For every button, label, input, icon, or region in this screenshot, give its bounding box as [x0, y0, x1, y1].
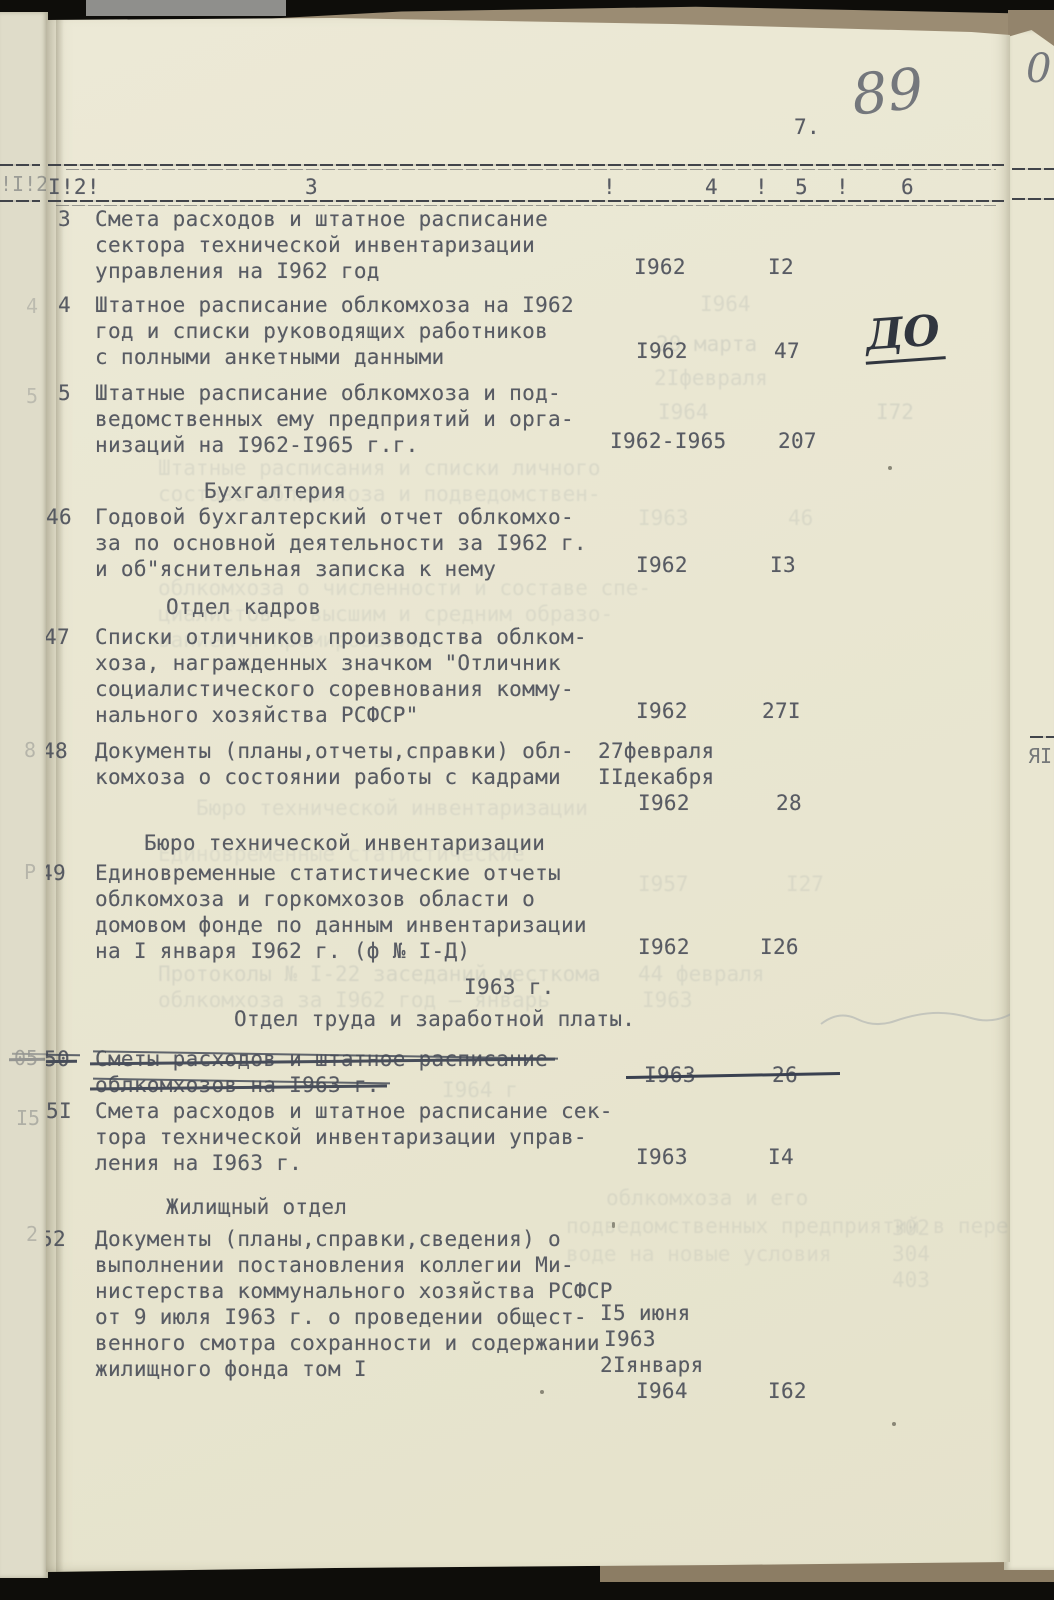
bleed-through-text: 2Iфевраля — [654, 366, 768, 390]
entry-number: 46 — [46, 504, 72, 530]
bleed-through-text: I27 — [786, 872, 824, 896]
entry-description-line: венного смотра сохранности и содержании — [95, 1330, 600, 1356]
entry-date: I962 — [638, 934, 690, 960]
bleed-through-text: подведомственных предприятий в пере- — [566, 1214, 1021, 1238]
entry-description-line: Штатное расписание облкомхоза на I962 — [95, 292, 574, 318]
adjacent-page-number-fragment: I5 — [16, 1106, 40, 1130]
entry-description-line: облкомхоза и горкомхозов области о — [95, 886, 535, 912]
entry-description-line: Смета расходов и штатное расписание сек- — [95, 1098, 613, 1124]
adjacent-page-number-fragment: 8 — [24, 738, 36, 762]
page-number: 7. — [794, 114, 820, 140]
bleed-through-text: циалистов с высшим и средним образо- — [158, 602, 613, 626]
entry-number: 5 — [58, 380, 71, 406]
scanned-archive-page: { "page": { "folio_handwritten": "89", "… — [0, 0, 1054, 1600]
paper-speck — [892, 1422, 896, 1426]
bleed-through-text: 304 — [892, 1242, 930, 1266]
entry-description-line: хоза, награжденных значком "Отличник — [95, 650, 561, 676]
entry-description-line: с полными анкетными данными — [95, 344, 444, 370]
entry-number: 3 — [58, 206, 71, 232]
bleed-through-text: I963 — [638, 506, 689, 530]
ruled-line-fragment — [0, 200, 40, 202]
entry-quantity: 28 — [776, 790, 802, 816]
entry-description-line: тора технической инвентаризации управ- — [95, 1124, 587, 1150]
ink-mark — [612, 1222, 615, 1228]
entry-date: I964 — [636, 1378, 688, 1404]
bleed-through-text: I957 — [638, 872, 689, 896]
underlying-page-left-edge: !I!2 4 5 8 Р 05 I5 2 — [0, 12, 48, 1578]
entry-description-line: на I января I962 г. (ф № I-Д) — [95, 938, 470, 964]
paper-speck — [888, 466, 892, 470]
page-fold-crease — [56, 16, 64, 1576]
bleed-through-text: I72 — [876, 400, 914, 424]
entry-description-line-struck: облкомхозов на I963 г. — [95, 1072, 380, 1098]
column-separator: ! — [836, 174, 849, 200]
entry-quantity: I62 — [768, 1378, 807, 1404]
entry-description-line: низаций на I962-I965 г.г. — [95, 432, 419, 458]
entry-description-line: год и списки руководящих работников — [95, 318, 548, 344]
entry-description-line: от 9 июля I963 г. о проведении общест- — [95, 1304, 587, 1330]
column-header-3: 3 — [305, 174, 318, 200]
bleed-through-text: I963 — [642, 988, 693, 1012]
entry-number: 47 — [44, 624, 70, 650]
bleed-through-text: Единовременные статистические — [158, 842, 525, 866]
bleed-through-text: облкомхоза за I962 год — январь — [158, 988, 550, 1012]
column-header-5: 5 — [795, 174, 808, 200]
entry-quantity: I2 — [768, 254, 794, 280]
entry-description-line: Годовой бухгалтерский отчет облкомхо- — [95, 504, 574, 530]
adjacent-page-number-fragment: Р — [24, 860, 36, 884]
bleed-through-text: ванием и премировании — [158, 628, 424, 652]
entry-description-line: Документы (планы,справки,сведения) о — [95, 1226, 561, 1252]
entry-date: I963 — [604, 1326, 656, 1352]
entry-quantity: I3 — [770, 552, 796, 578]
entry-description-line: Смета расходов и штатное расписание — [95, 206, 548, 232]
bleed-through-text: 302 — [892, 1216, 930, 1240]
underlying-page-right-edge: 0 ЯI — [1004, 30, 1054, 1570]
column-header-1-2: I!2! — [48, 174, 100, 200]
adjacent-page-header-fragment: !I!2 — [0, 172, 48, 196]
entry-date: IIдекабря — [598, 764, 715, 790]
column-header-4: 4 — [705, 174, 718, 200]
adjacent-page-number-fragment: 4 — [26, 294, 38, 318]
bleed-through-text: состава облкомхоза и подведомствен- — [158, 482, 601, 506]
adjacent-page-number-fragment: 2 — [26, 1222, 38, 1246]
entry-date: I5 июня — [600, 1300, 691, 1326]
entry-description-line: нального хозяйства РСФСР" — [95, 702, 419, 728]
entry-number-struck: 50 — [44, 1046, 70, 1072]
scanner-backing-strip — [86, 0, 286, 16]
entry-description-line: домовом фонде по данным инвентаризации — [95, 912, 587, 938]
entry-description-line: Документы (планы,отчеты,справки) обл- — [95, 738, 574, 764]
adjacent-page-number-fragment: 5 — [26, 384, 38, 408]
entry-number: 5I — [46, 1098, 72, 1124]
bleed-through-text: 20 марта — [656, 332, 757, 356]
adjacent-page-number-fragment: 05 — [14, 1046, 38, 1070]
bleed-through-text: I964 г — [442, 1078, 518, 1102]
entry-number: 4 — [58, 292, 71, 318]
ruled-line-fragment — [0, 164, 40, 166]
entry-quantity: I26 — [760, 934, 799, 960]
bleed-through-text: Штатные расписания и списки личного — [158, 456, 601, 480]
bleed-through-text: Протоколы № I-22 заседаний месткома — [158, 962, 601, 986]
entry-date: I963 — [636, 1144, 688, 1170]
entry-description-line: комхоза о состоянии работы с кадрами — [95, 764, 561, 790]
column-separator: ! — [755, 174, 768, 200]
entry-description-line: сектора технической инвентаризации — [95, 232, 535, 258]
section-header-zhilishchny: Жилищный отдел — [166, 1194, 347, 1220]
entry-date: I962 — [636, 698, 688, 724]
pencil-scribble — [816, 1002, 1036, 1036]
entry-description-line: Штатные расписание облкомхоза и под- — [95, 380, 561, 406]
entry-date: 27февраля — [598, 738, 715, 764]
paper-speck — [540, 1390, 544, 1394]
bleed-through-text: Бюро технической инвентаризации — [196, 796, 588, 820]
entry-date: 2Iянваря — [600, 1352, 704, 1378]
adjacent-page-text-fragment: ЯI — [1028, 744, 1052, 768]
entry-description-line: нистерства коммунального хозяйства РСФСР — [95, 1278, 613, 1304]
ruled-line-top-echo — [66, 169, 996, 170]
ruled-line-fragment — [1012, 168, 1054, 170]
entry-description-line: управления на I962 год — [95, 258, 380, 284]
entry-description-line: ления на I963 г. — [95, 1150, 302, 1176]
entry-date: I962 — [636, 552, 688, 578]
entry-description-line: за по основной деятельности за I962 г. — [95, 530, 587, 556]
entry-quantity: 207 — [778, 428, 817, 454]
adjacent-page-handwritten-mark: 0 — [1026, 46, 1051, 92]
entry-date: I962 — [634, 254, 686, 280]
page-sheet: 89 7. I!2! 3 ! 4 ! 5 ! 6 3 Смета расходо… — [46, 16, 1010, 1576]
bleed-through-text: облкомхоза о численности и составе спе- — [158, 576, 651, 600]
bleed-through-text: 403 — [892, 1268, 930, 1292]
entry-quantity: I4 — [768, 1144, 794, 1170]
bleed-through-text: 44 февраля — [638, 962, 764, 986]
ruled-line-fragment — [1012, 198, 1054, 200]
entry-quantity: 27I — [762, 698, 801, 724]
entry-description-line: жилищного фонда том I — [95, 1356, 367, 1382]
entry-description-line: ведомственных ему предприятий и орга- — [95, 406, 574, 432]
column-separator: ! — [603, 174, 616, 200]
ruled-line-bottom — [48, 200, 1004, 202]
entry-quantity: 47 — [774, 338, 800, 364]
entry-date: I962-I965 — [610, 428, 727, 454]
entry-description-line-struck: Сметы расходов и штатное расписание — [95, 1046, 548, 1072]
ruled-line-top — [48, 164, 1004, 166]
bleed-through-text: I964 — [700, 292, 751, 316]
entry-date: I962 — [638, 790, 690, 816]
column-header-6: 6 — [901, 174, 914, 200]
entry-description-line: выполнении постановления коллегии Ми- — [95, 1252, 574, 1278]
bleed-through-text: воде на новые условия — [566, 1242, 832, 1266]
bleed-through-text: I964 — [658, 400, 709, 424]
entry-description-line: социалистического соревнования комму- — [95, 676, 574, 702]
handwritten-do-annotation: ДО — [862, 305, 946, 364]
ruled-line-fragment — [1030, 736, 1054, 738]
bleed-through-text: облкомхоза и его — [606, 1186, 808, 1210]
bleed-through-text: 46 — [788, 506, 813, 530]
handwritten-folio-number: 89 — [849, 56, 927, 128]
